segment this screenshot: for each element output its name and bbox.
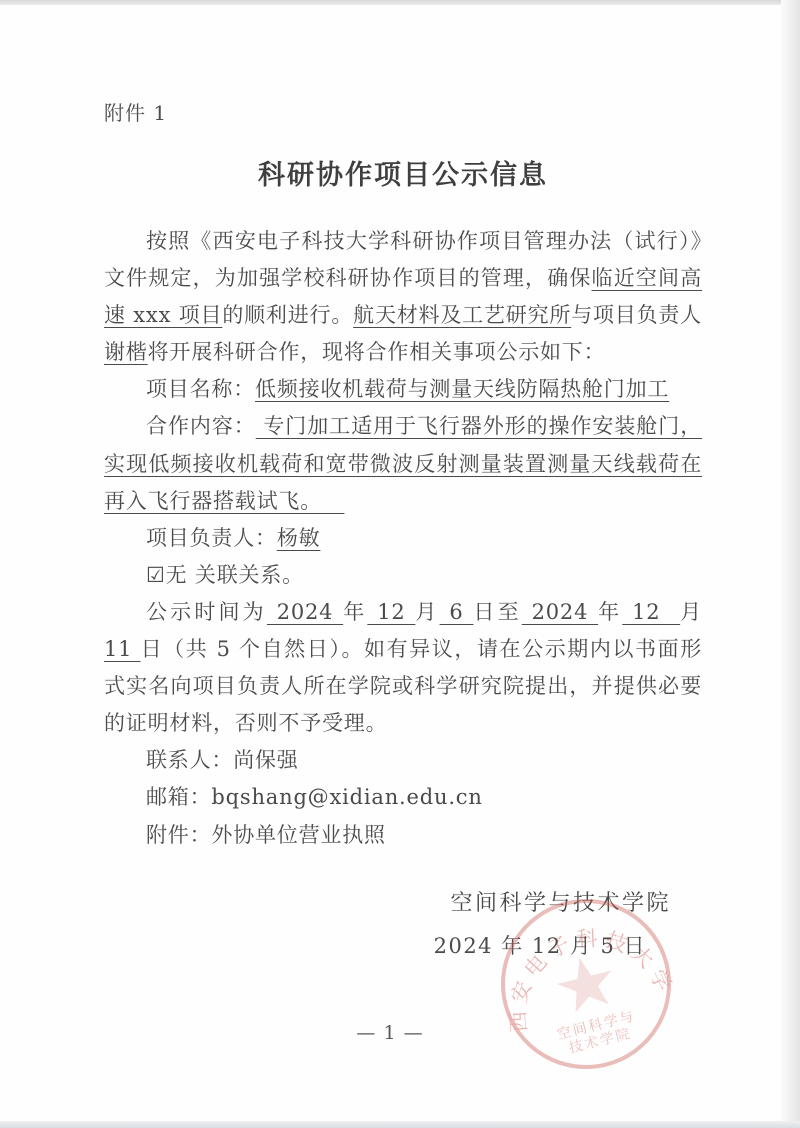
attachment-line-label: 附件：: [146, 823, 211, 847]
contact-label: 联系人：: [146, 748, 233, 772]
org-blank-underlined: 航天材料及工艺研究所: [353, 303, 571, 327]
signature-block: 空间科学与技术学院 2024 年 12 月 5 日: [104, 886, 702, 960]
period-month1: 12: [367, 600, 415, 624]
period-suffix: 日（共 5 个自然日）。如有异议，请在公示期内以书面形式实名向项目负责人所在学院…: [104, 637, 702, 735]
period-year1: 2024: [267, 600, 343, 624]
project-name-value: 低频接收机载荷与测量天线防隔热舱门加工: [255, 377, 669, 401]
cooperation-label: 合作内容：: [146, 414, 256, 438]
project-name-label: 项目名称：: [146, 377, 255, 401]
paragraph-contact: 联系人：尚保强: [104, 742, 702, 779]
checked-checkbox-icon: ☑: [146, 563, 166, 587]
signature-organization: 空间科学与技术学院: [104, 886, 702, 917]
page-edge-bottom: [0, 1121, 800, 1128]
paragraph-project-name: 项目名称：低频接收机载荷与测量天线防隔热舱门加工: [104, 371, 702, 408]
relation-text: 无 关联关系。: [166, 563, 304, 587]
paragraph-cooperation: 合作内容： 专门加工适用于飞行器外形的操作安装舱门，实现低频接收机载荷和宽带微波…: [104, 408, 702, 519]
page-edge-top: [0, 0, 800, 5]
intro-text-2: 的顺利进行。: [222, 303, 353, 327]
page-title: 科研协作项目公示信息: [104, 153, 702, 192]
leader-value: 杨敏: [277, 526, 321, 550]
period-day1: 6: [440, 600, 474, 624]
page-number: — 1 —: [0, 1022, 780, 1044]
period-day2: 11: [104, 637, 141, 661]
signature-date: 2024 年 12 月 5 日: [104, 930, 702, 960]
paragraph-relation: ☑无 关联关系。: [104, 557, 702, 594]
paragraph-email: 邮箱：bqshang@xidian.edu.cn: [104, 779, 702, 816]
paragraph-attachment: 附件：外协单位营业执照: [104, 817, 702, 854]
period-year1-label: 年: [343, 600, 367, 624]
paragraph-period: 公示时间为 2024 年 12 月 6 日至 2024 年 12 月11 日（共…: [104, 594, 702, 742]
paragraph-intro: 按照《西安电子科技大学科研协作项目管理办法（试行）》文件规定，为加强学校科研协作…: [104, 223, 702, 371]
attachment-label: 附件 1: [104, 97, 702, 126]
contact-value: 尚保强: [233, 748, 298, 772]
document-content: 附件 1 科研协作项目公示信息 按照《西安电子科技大学科研协作项目管理办法（试行…: [104, 97, 702, 960]
scanned-document-page: 附件 1 科研协作项目公示信息 按照《西安电子科技大学科研协作项目管理办法（试行…: [0, 0, 800, 1128]
period-to-label: 日至: [473, 600, 521, 624]
attachment-line-value: 外协单位营业执照: [211, 823, 385, 847]
intro-text-4: 将开展科研合作，现将合作相关事项公示如下：: [148, 340, 606, 364]
period-month2-label: 月: [680, 600, 702, 624]
document-body: 按照《西安电子科技大学科研协作项目管理办法（试行）》文件规定，为加强学校科研协作…: [104, 223, 702, 854]
email-value: bqshang@xidian.edu.cn: [211, 785, 482, 809]
period-month1-label: 月: [415, 600, 439, 624]
page-edge-right: [781, 0, 800, 1128]
intro-text-3: 与项目负责人: [571, 303, 702, 327]
seal-star-icon: [552, 951, 619, 1015]
leader-label: 项目负责人：: [146, 526, 277, 550]
period-year2-label: 年: [598, 600, 622, 624]
period-prefix: 公示时间为: [146, 600, 267, 624]
leader-blank-underlined: 谢楷: [104, 340, 148, 364]
email-label: 邮箱：: [146, 785, 211, 809]
period-month2: 12: [622, 600, 680, 624]
period-year2: 2024: [522, 600, 598, 624]
paragraph-leader: 项目负责人：杨敏: [104, 520, 702, 557]
